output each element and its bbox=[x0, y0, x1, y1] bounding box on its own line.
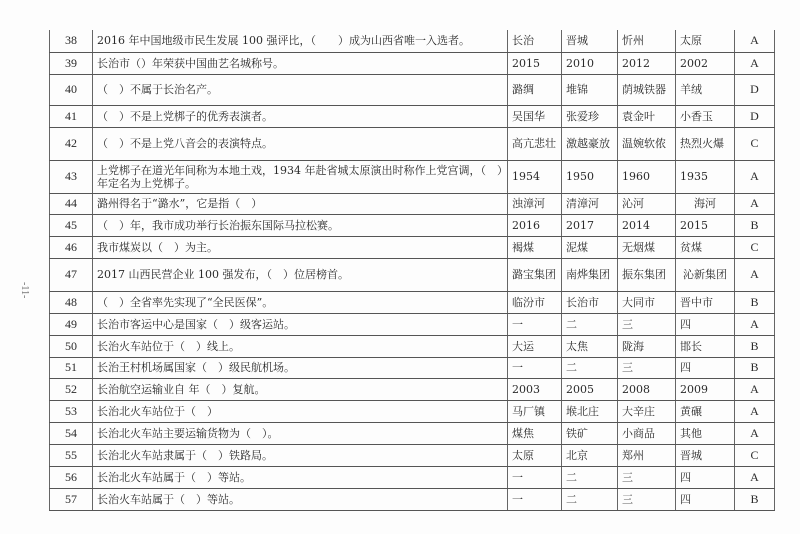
option-b: 泥煤 bbox=[562, 236, 618, 258]
answer-key: A bbox=[735, 422, 775, 444]
question-number: 56 bbox=[50, 466, 93, 488]
option-a: 2015 bbox=[508, 52, 562, 74]
option-b: 堠北庄 bbox=[562, 400, 618, 422]
option-b: 二 bbox=[562, 466, 618, 488]
question-number: 53 bbox=[50, 400, 93, 422]
answer-key: D bbox=[735, 105, 775, 127]
table-row: 48（ ）全省率先实现了“全民医保”。临汾市长治市大同市晋中市B bbox=[50, 291, 775, 313]
question-text: （ ）不属于长治名产。 bbox=[93, 74, 508, 105]
option-a: 太原 bbox=[508, 444, 562, 466]
question-text: 上党梆子在道光年间称为本地土戏，1934 年赴省城太原演出时称作上党宫调，（ ）… bbox=[93, 160, 508, 193]
answer-key: A bbox=[735, 400, 775, 422]
question-number: 43 bbox=[50, 160, 93, 193]
question-text: （ ）全省率先实现了“全民医保”。 bbox=[93, 291, 508, 313]
answer-key: A bbox=[735, 160, 775, 193]
question-text: 长治北火车站隶属于（ ）铁路局。 bbox=[93, 444, 508, 466]
option-d: 热烈火爆 bbox=[676, 127, 735, 160]
option-b: 张爱珍 bbox=[562, 105, 618, 127]
option-a: 2016 bbox=[508, 214, 562, 236]
option-a: 吴国华 bbox=[508, 105, 562, 127]
option-d: 晋中市 bbox=[676, 291, 735, 313]
option-c: 三 bbox=[618, 488, 676, 510]
option-b: 太焦 bbox=[562, 335, 618, 357]
option-d: 沁新集团 bbox=[676, 258, 735, 291]
table-row: 39长治市（）年荣获中国曲艺名城称号。2015201020122002A bbox=[50, 52, 775, 74]
table-row: 41（ ）不是上党梆子的优秀表演者。吴国华张爱珍袁金叶小香玉D bbox=[50, 105, 775, 127]
option-b: 堆锦 bbox=[562, 74, 618, 105]
question-text: 我市煤炭以（ ）为主。 bbox=[93, 236, 508, 258]
question-number: 54 bbox=[50, 422, 93, 444]
option-b: 激越豪放 bbox=[562, 127, 618, 160]
question-text: （ ）年，我市成功举行长治振东国际马拉松赛。 bbox=[93, 214, 508, 236]
option-d: 羊绒 bbox=[676, 74, 735, 105]
question-number: 39 bbox=[50, 52, 93, 74]
option-d: 2009 bbox=[676, 378, 735, 400]
question-number: 42 bbox=[50, 127, 93, 160]
question-text: 长治王村机场属国家（ ）级民航机场。 bbox=[93, 357, 508, 378]
answer-key: C bbox=[735, 236, 775, 258]
page-number: -11- bbox=[10, 270, 30, 310]
quiz-table-body: 382016 年中国地级市民生发展 100 强评比，（ ）成为山西省唯一入选者。… bbox=[50, 30, 775, 510]
table-row: 40（ ）不属于长治名产。潞绸堆锦荫城铁器羊绒D bbox=[50, 74, 775, 105]
answer-key: A bbox=[735, 30, 775, 52]
question-text: 长治航空运输业自 年（ ）复航。 bbox=[93, 378, 508, 400]
option-c: 郑州 bbox=[618, 444, 676, 466]
table-row: 53长治北火车站位于（ ）马厂镇堠北庄大辛庄黄碾A bbox=[50, 400, 775, 422]
option-c: 1960 bbox=[618, 160, 676, 193]
answer-key: B bbox=[735, 291, 775, 313]
option-a: 浊漳河 bbox=[508, 193, 562, 214]
option-a: 潞绸 bbox=[508, 74, 562, 105]
option-c: 荫城铁器 bbox=[618, 74, 676, 105]
option-c: 2012 bbox=[618, 52, 676, 74]
question-text: 长治北火车站位于（ ） bbox=[93, 400, 508, 422]
question-text: 2016 年中国地级市民生发展 100 强评比，（ ）成为山西省唯一入选者。 bbox=[93, 30, 508, 52]
option-d: 四 bbox=[676, 488, 735, 510]
option-d: 2002 bbox=[676, 52, 735, 74]
option-d: 其他 bbox=[676, 422, 735, 444]
answer-key: B bbox=[735, 214, 775, 236]
option-d: 四 bbox=[676, 313, 735, 335]
question-number: 46 bbox=[50, 236, 93, 258]
option-a: 大运 bbox=[508, 335, 562, 357]
option-c: 三 bbox=[618, 466, 676, 488]
option-c: 三 bbox=[618, 357, 676, 378]
answer-key: C bbox=[735, 444, 775, 466]
option-a: 煤焦 bbox=[508, 422, 562, 444]
option-a: 一 bbox=[508, 488, 562, 510]
option-b: 1950 bbox=[562, 160, 618, 193]
option-b: 晋城 bbox=[562, 30, 618, 52]
table-row: 49长治市客运中心是国家（ ）级客运站。一二三四A bbox=[50, 313, 775, 335]
question-text: 潞州得名于“潞水”，它是指（ ） bbox=[93, 193, 508, 214]
table-row: 382016 年中国地级市民生发展 100 强评比，（ ）成为山西省唯一入选者。… bbox=[50, 30, 775, 52]
table-row: 52长治航空运输业自 年（ ）复航。2003200520082009A bbox=[50, 378, 775, 400]
answer-key: A bbox=[735, 193, 775, 214]
option-b: 南烨集团 bbox=[562, 258, 618, 291]
question-number: 49 bbox=[50, 313, 93, 335]
answer-key: B bbox=[735, 357, 775, 378]
option-b: 清漳河 bbox=[562, 193, 618, 214]
table-row: 42（ ）不是上党八音会的表演特点。高亢悲壮激越豪放温婉软侬热烈火爆C bbox=[50, 127, 775, 160]
question-text: 长治市客运中心是国家（ ）级客运站。 bbox=[93, 313, 508, 335]
answer-key: C bbox=[735, 127, 775, 160]
question-number: 40 bbox=[50, 74, 93, 105]
option-b: 二 bbox=[562, 488, 618, 510]
option-b: 铁矿 bbox=[562, 422, 618, 444]
table-row: 472017 山西民营企业 100 强发布，（ ）位居榜首。潞宝集团南烨集团振东… bbox=[50, 258, 775, 291]
option-c: 2008 bbox=[618, 378, 676, 400]
question-number: 57 bbox=[50, 488, 93, 510]
option-c: 陇海 bbox=[618, 335, 676, 357]
option-d: 太原 bbox=[676, 30, 735, 52]
option-a: 临汾市 bbox=[508, 291, 562, 313]
option-d: 四 bbox=[676, 466, 735, 488]
option-b: 长治市 bbox=[562, 291, 618, 313]
table-row: 45（ ）年，我市成功举行长治振东国际马拉松赛。2016201720142015… bbox=[50, 214, 775, 236]
option-b: 二 bbox=[562, 313, 618, 335]
option-a: 一 bbox=[508, 313, 562, 335]
option-c: 大同市 bbox=[618, 291, 676, 313]
option-d: 晋城 bbox=[676, 444, 735, 466]
option-d: 小香玉 bbox=[676, 105, 735, 127]
option-d: 海河 bbox=[676, 193, 735, 214]
question-text: 2017 山西民营企业 100 强发布，（ ）位居榜首。 bbox=[93, 258, 508, 291]
option-d: 四 bbox=[676, 357, 735, 378]
answer-key: A bbox=[735, 313, 775, 335]
question-number: 51 bbox=[50, 357, 93, 378]
answer-key: A bbox=[735, 258, 775, 291]
option-b: 2010 bbox=[562, 52, 618, 74]
option-a: 褐煤 bbox=[508, 236, 562, 258]
question-text: 长治火车站位于（ ）线上。 bbox=[93, 335, 508, 357]
option-c: 大辛庄 bbox=[618, 400, 676, 422]
table-row: 44潞州得名于“潞水”，它是指（ ）浊漳河清漳河沁河海河A bbox=[50, 193, 775, 214]
question-number: 50 bbox=[50, 335, 93, 357]
question-number: 44 bbox=[50, 193, 93, 214]
answer-key: A bbox=[735, 466, 775, 488]
question-text: 长治市（）年荣获中国曲艺名城称号。 bbox=[93, 52, 508, 74]
question-number: 41 bbox=[50, 105, 93, 127]
answer-key: B bbox=[735, 335, 775, 357]
question-text: 长治北火车站主要运输货物为（ ）。 bbox=[93, 422, 508, 444]
option-b: 北京 bbox=[562, 444, 618, 466]
question-text: （ ）不是上党八音会的表演特点。 bbox=[93, 127, 508, 160]
option-a: 一 bbox=[508, 466, 562, 488]
option-c: 袁金叶 bbox=[618, 105, 676, 127]
option-a: 一 bbox=[508, 357, 562, 378]
question-text: 长治北火车站属于（ ）等站。 bbox=[93, 466, 508, 488]
option-a: 高亢悲壮 bbox=[508, 127, 562, 160]
option-d: 2015 bbox=[676, 214, 735, 236]
table-row: 56长治北火车站属于（ ）等站。一二三四A bbox=[50, 466, 775, 488]
question-text: 长治火车站属于（ ）等站。 bbox=[93, 488, 508, 510]
table-row: 55长治北火车站隶属于（ ）铁路局。太原北京郑州晋城C bbox=[50, 444, 775, 466]
option-d: 邯长 bbox=[676, 335, 735, 357]
option-c: 沁河 bbox=[618, 193, 676, 214]
option-b: 二 bbox=[562, 357, 618, 378]
table-row: 43上党梆子在道光年间称为本地土戏，1934 年赴省城太原演出时称作上党宫调，（… bbox=[50, 160, 775, 193]
question-number: 45 bbox=[50, 214, 93, 236]
option-c: 三 bbox=[618, 313, 676, 335]
question-number: 38 bbox=[50, 30, 93, 52]
answer-key: D bbox=[735, 74, 775, 105]
option-a: 马厂镇 bbox=[508, 400, 562, 422]
option-a: 长治 bbox=[508, 30, 562, 52]
question-number: 48 bbox=[50, 291, 93, 313]
table-row: 51长治王村机场属国家（ ）级民航机场。一二三四B bbox=[50, 357, 775, 378]
answer-key: A bbox=[735, 52, 775, 74]
table-row: 50长治火车站位于（ ）线上。大运太焦陇海邯长B bbox=[50, 335, 775, 357]
option-b: 2017 bbox=[562, 214, 618, 236]
option-c: 2014 bbox=[618, 214, 676, 236]
option-c: 无烟煤 bbox=[618, 236, 676, 258]
option-d: 1935 bbox=[676, 160, 735, 193]
table-row: 57长治火车站属于（ ）等站。一二三四B bbox=[50, 488, 775, 510]
question-number: 47 bbox=[50, 258, 93, 291]
option-c: 振东集团 bbox=[618, 258, 676, 291]
question-number: 55 bbox=[50, 444, 93, 466]
question-number: 52 bbox=[50, 378, 93, 400]
option-d: 贫煤 bbox=[676, 236, 735, 258]
option-a: 潞宝集团 bbox=[508, 258, 562, 291]
option-a: 1954 bbox=[508, 160, 562, 193]
answer-key: A bbox=[735, 378, 775, 400]
option-a: 2003 bbox=[508, 378, 562, 400]
option-d: 黄碾 bbox=[676, 400, 735, 422]
table-row: 46我市煤炭以（ ）为主。褐煤泥煤无烟煤贫煤C bbox=[50, 236, 775, 258]
option-c: 小商品 bbox=[618, 422, 676, 444]
table-row: 54长治北火车站主要运输货物为（ ）。煤焦铁矿小商品其他A bbox=[50, 422, 775, 444]
option-b: 2005 bbox=[562, 378, 618, 400]
option-c: 温婉软侬 bbox=[618, 127, 676, 160]
answer-key: B bbox=[735, 488, 775, 510]
quiz-table: 382016 年中国地级市民生发展 100 强评比，（ ）成为山西省唯一入选者。… bbox=[49, 30, 775, 511]
option-c: 忻州 bbox=[618, 30, 676, 52]
question-text: （ ）不是上党梆子的优秀表演者。 bbox=[93, 105, 508, 127]
